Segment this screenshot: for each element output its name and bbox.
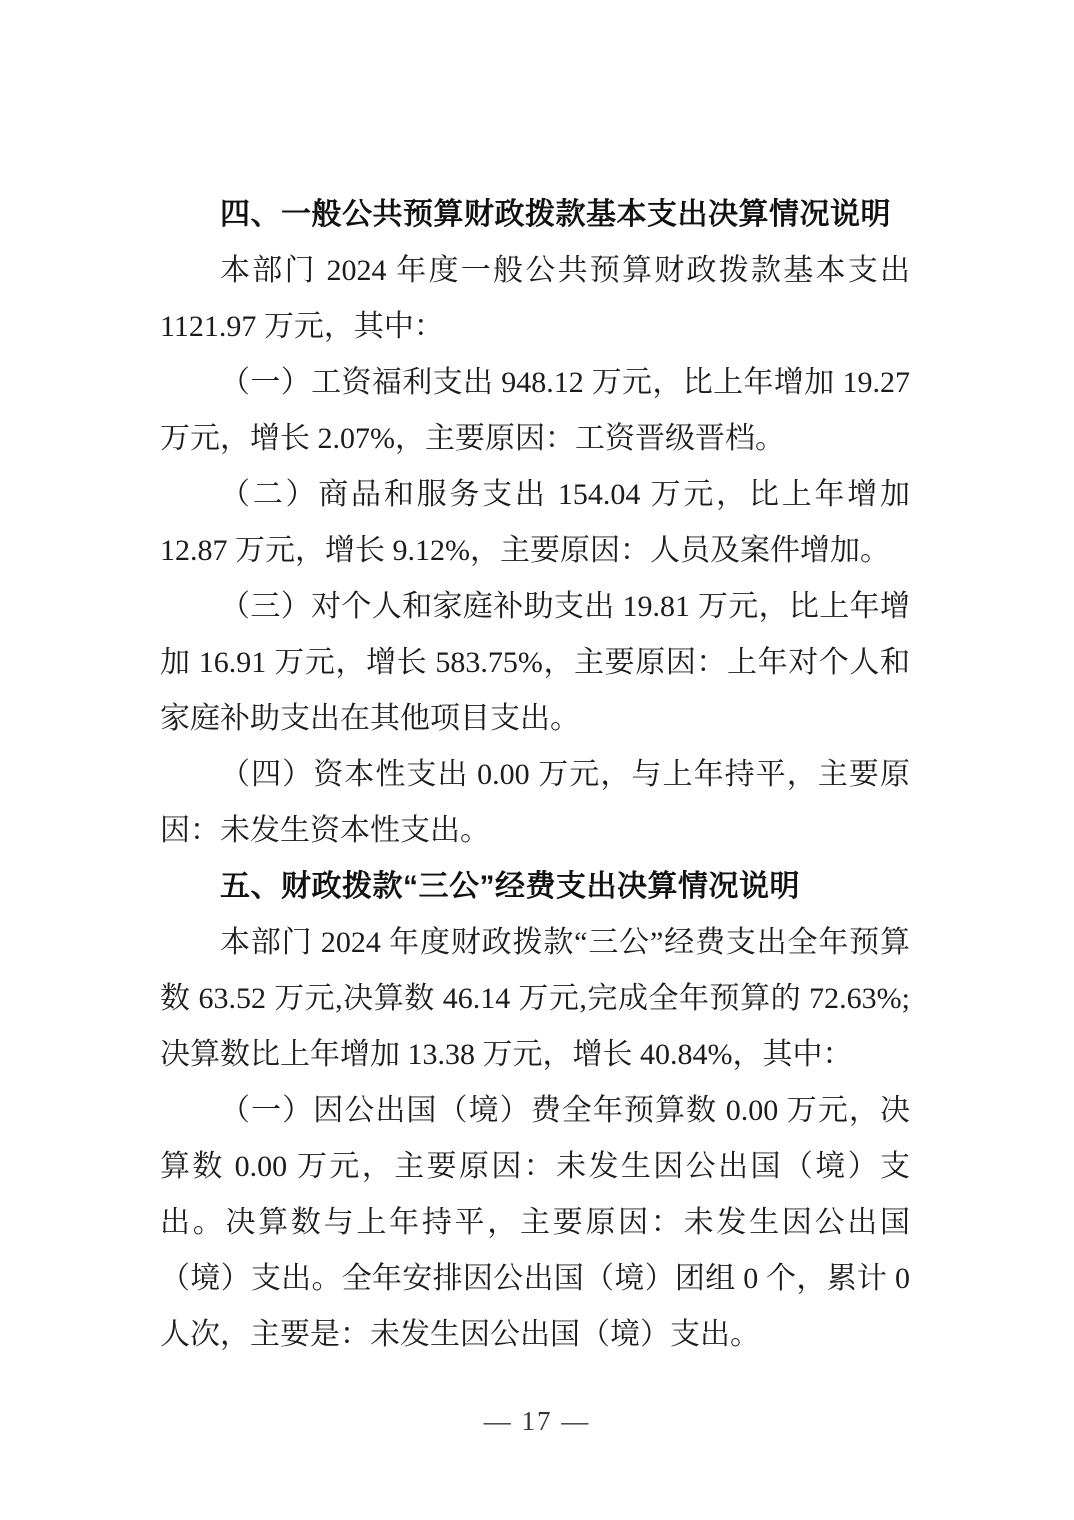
section-4-paragraph-item-1: （一）工资福利支出 948.12 万元，比上年增加 19.27 万元，增长 2.… bbox=[160, 355, 910, 467]
section-4-paragraph-item-2: （二）商品和服务支出 154.04 万元，比上年增加 12.87 万元，增长 9… bbox=[160, 467, 910, 579]
section-4-paragraph-item-3: （三）对个人和家庭补助支出 19.81 万元，比上年增加 16.91 万元，增长… bbox=[160, 579, 910, 747]
page-number: — 17 — bbox=[0, 1406, 1074, 1437]
section-5-paragraph-intro: 本部门 2024 年度财政拨款“三公”经费支出全年预算数 63.52 万元,决算… bbox=[160, 915, 910, 1083]
section-5-heading: 五、财政拨款“三公”经费支出决算情况说明 bbox=[160, 859, 910, 915]
section-4-paragraph-intro: 本部门 2024 年度一般公共预算财政拨款基本支出 1121.97 万元，其中： bbox=[160, 243, 910, 355]
document-page: 四、一般公共预算财政拨款基本支出决算情况说明 本部门 2024 年度一般公共预算… bbox=[0, 0, 1074, 1520]
document-body: 四、一般公共预算财政拨款基本支出决算情况说明 本部门 2024 年度一般公共预算… bbox=[160, 187, 910, 1363]
section-5-paragraph-item-1: （一）因公出国（境）费全年预算数 0.00 万元，决算数 0.00 万元，主要原… bbox=[160, 1083, 910, 1363]
section-4-paragraph-item-4: （四）资本性支出 0.00 万元，与上年持平，主要原因：未发生资本性支出。 bbox=[160, 747, 910, 859]
section-4-heading: 四、一般公共预算财政拨款基本支出决算情况说明 bbox=[160, 187, 910, 243]
